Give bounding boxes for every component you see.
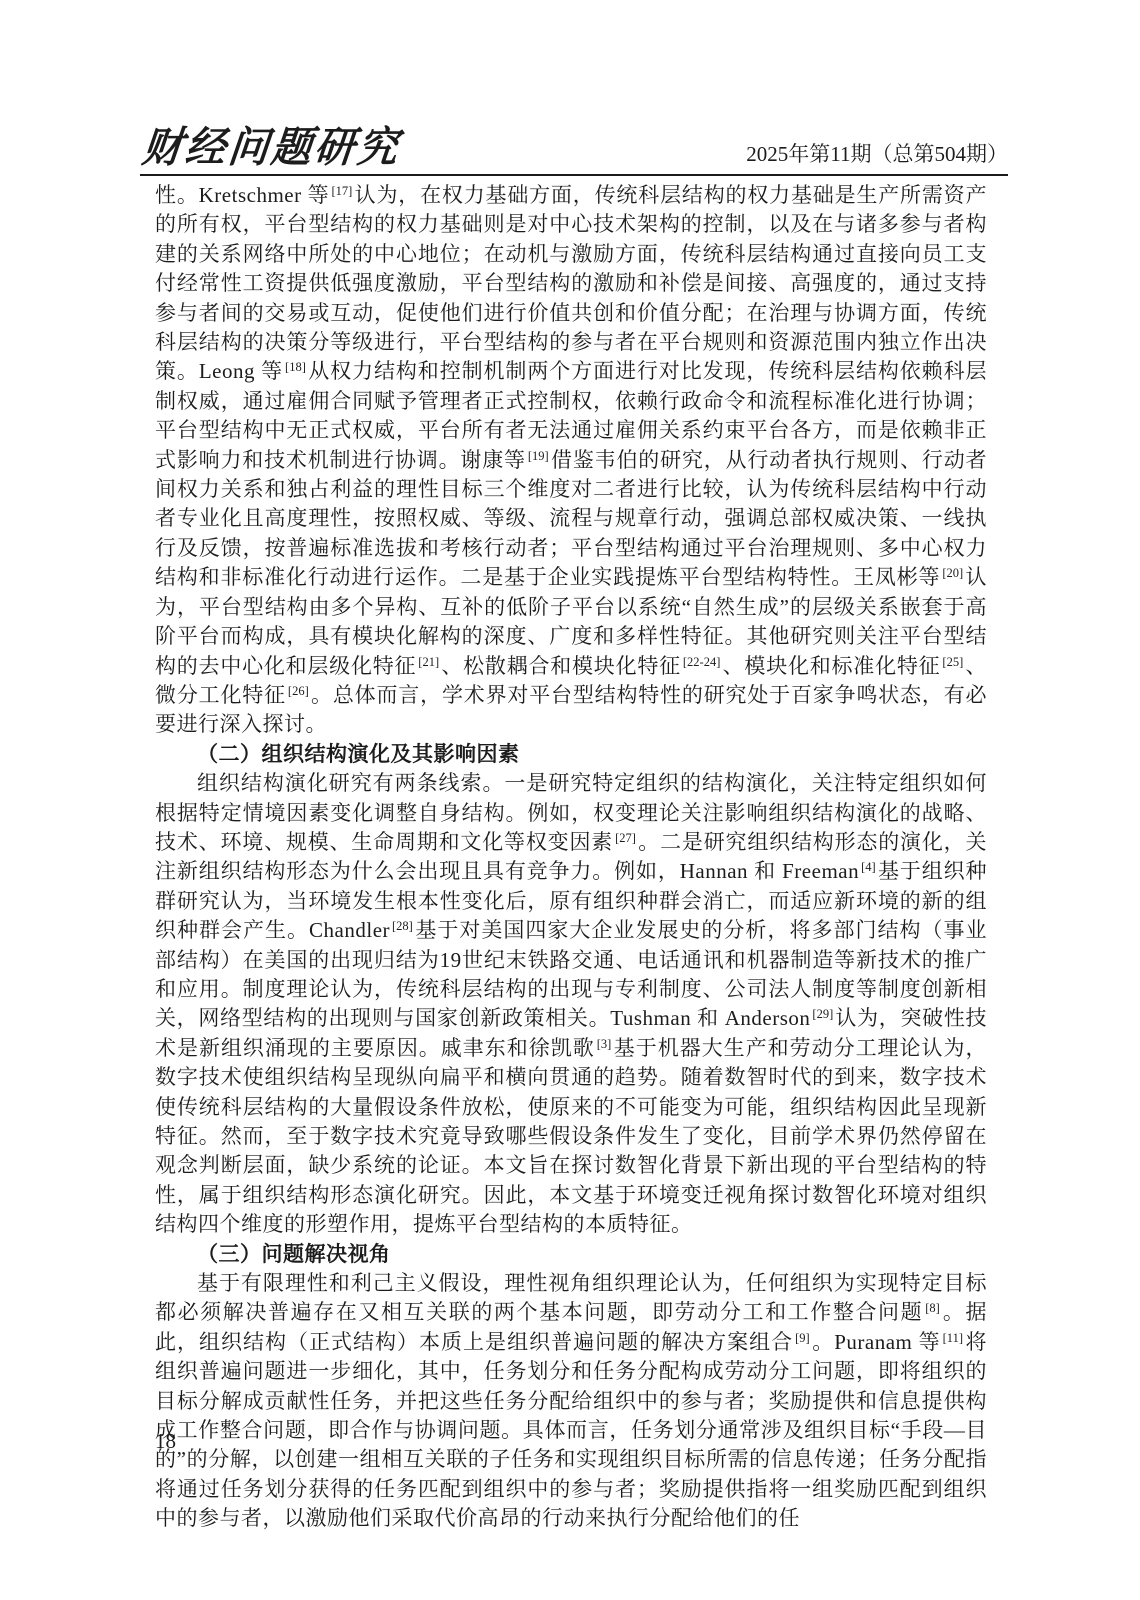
paragraph-problem-solving: 基于有限理性和利己主义假设，理性视角组织理论认为，任何组织为实现特定目标都必须解… (155, 1269, 987, 1534)
article-body: 性。Kretschmer 等[17]认为，在权力基础方面，传统科层结构的权力基础… (155, 181, 987, 1534)
citation-superscript: [21] (416, 655, 441, 669)
citation-superscript: [28] (390, 919, 415, 933)
document-page: 财经问题研究 2025年第11期（总第504期） 性。Kretschmer 等[… (0, 0, 1140, 1600)
paragraph-platform-structure-comparison: 性。Kretschmer 等[17]认为，在权力基础方面，传统科层结构的权力基础… (155, 181, 987, 740)
citation-superscript: [17] (329, 184, 354, 198)
citation-superscript: [20] (940, 566, 965, 580)
page-header: 财经问题研究 2025年第11期（总第504期） (140, 118, 1008, 176)
citation-superscript: [26] (286, 684, 311, 698)
citation-superscript: [3] (595, 1037, 614, 1051)
citation-superscript: [18] (283, 360, 308, 374)
citation-superscript: [25] (940, 655, 965, 669)
section-heading-problem-solving: （三）问题解决视角 (155, 1240, 987, 1269)
section-heading-structure-evolution: （二）组织结构演化及其影响因素 (155, 740, 987, 769)
citation-superscript: [4] (859, 860, 878, 874)
issue-info: 2025年第11期（总第504期） (746, 142, 1008, 171)
citation-superscript: [19] (526, 449, 551, 463)
citation-superscript: [22-24] (681, 655, 723, 669)
citation-superscript: [11] (941, 1331, 965, 1345)
journal-logo: 财经问题研究 (140, 127, 403, 171)
citation-superscript: [9] (793, 1331, 812, 1345)
citation-superscript: [27] (613, 831, 638, 845)
paragraph-structure-evolution: 组织结构演化研究有两条线索。一是研究特定组织的结构演化，关注特定组织如何根据特定… (155, 769, 987, 1240)
citation-superscript: [29] (810, 1007, 835, 1021)
citation-superscript: [8] (923, 1301, 942, 1315)
page-number: 18 (155, 1429, 176, 1454)
